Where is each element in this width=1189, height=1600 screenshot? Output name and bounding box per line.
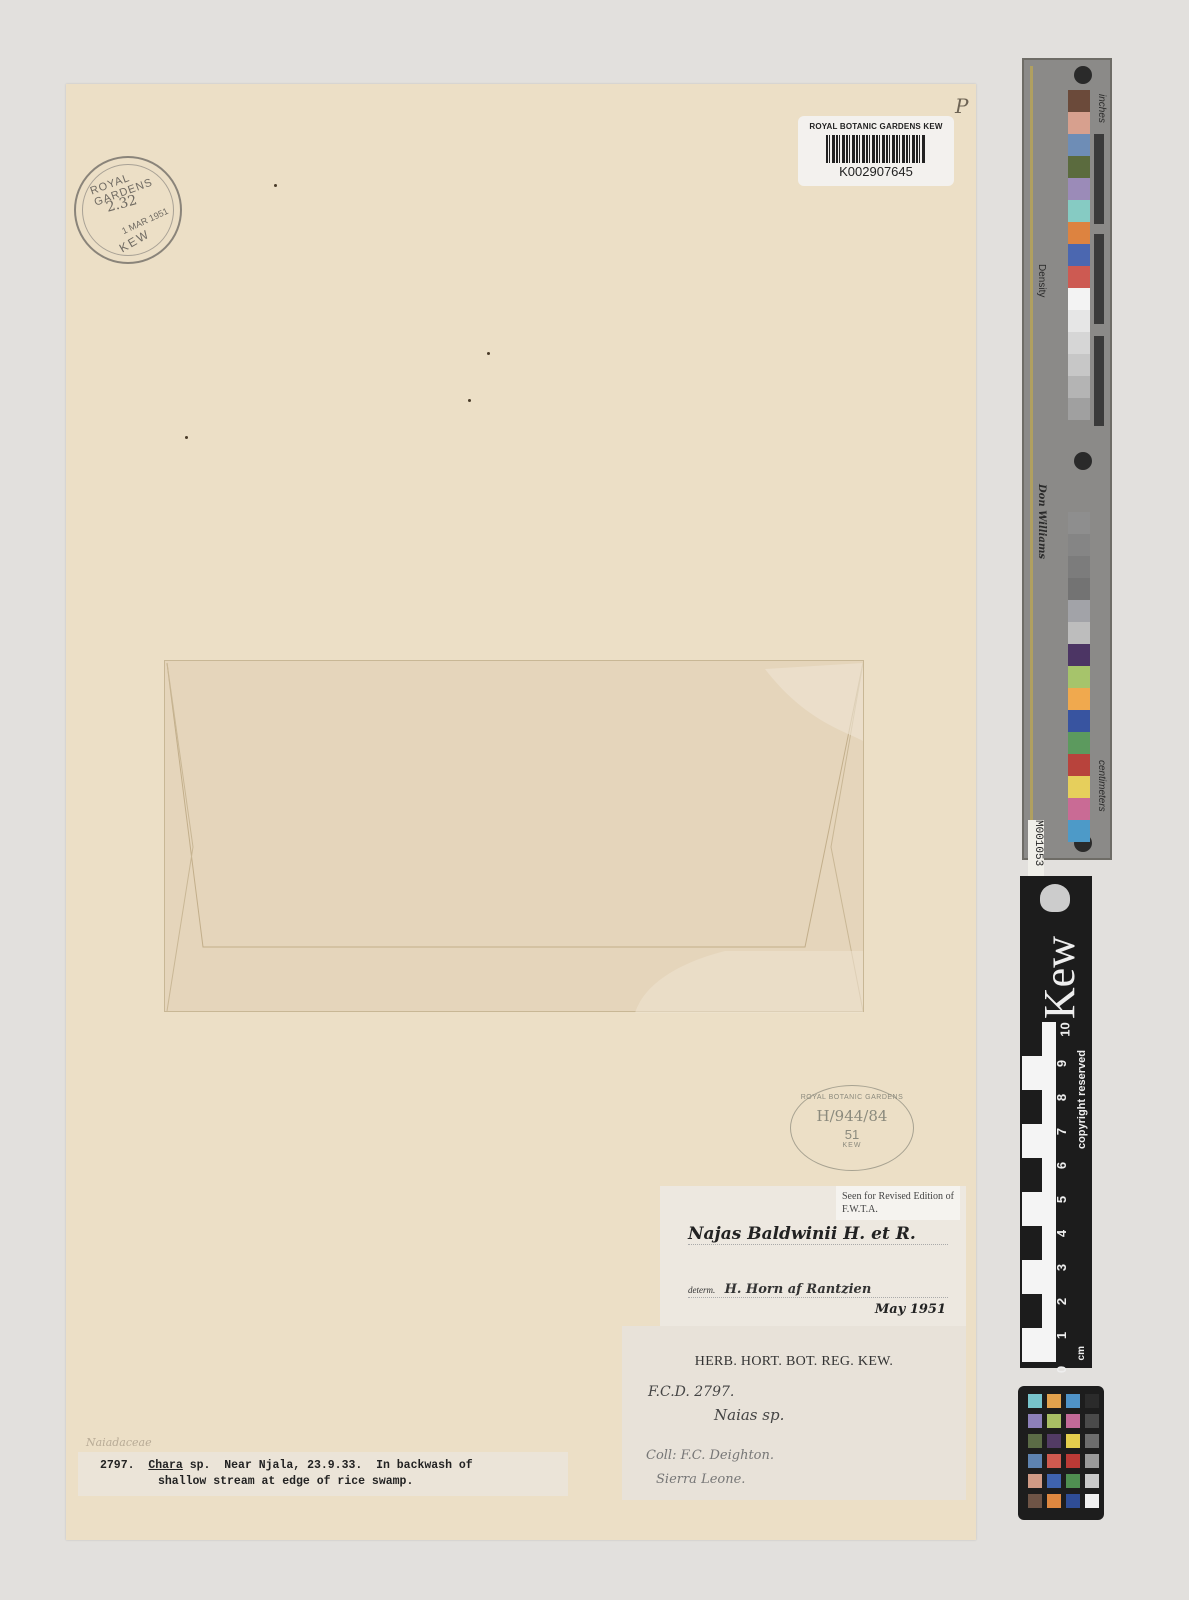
genus: Chara	[148, 1459, 183, 1472]
determiner-line: determ. H. Horn af Rantzien	[688, 1282, 948, 1298]
cm-number: 6	[1054, 1162, 1069, 1169]
collection-label-line-2: shallow stream at edge of rice swamp.	[100, 1474, 568, 1490]
seen-note: Seen for Revised Edition of F.W.T.A.	[836, 1186, 960, 1220]
color-swatch	[1047, 1474, 1061, 1488]
cm-scale-cell	[1022, 1226, 1042, 1260]
accession-stamp: ROYAL BOTANIC GARDENS H/944/84 51 KEW	[790, 1085, 914, 1171]
color-swatch	[1028, 1434, 1042, 1448]
cm-number: 2	[1054, 1298, 1069, 1305]
color-swatch	[1066, 1494, 1080, 1508]
color-patch	[1068, 578, 1090, 600]
color-patch	[1068, 820, 1090, 842]
kew-logo: Kew	[1034, 936, 1085, 1019]
barcode-institution: ROYAL BOTANIC GARDENS KEW	[798, 122, 954, 131]
collection-details: sp. Near Njala, 23.9.33. In backwash of	[183, 1459, 473, 1472]
kew-crest-icon	[1040, 884, 1070, 912]
kew-scale-bar: Kew copyright reserved cm 109876543210	[1020, 876, 1092, 1368]
collection-label: 2797. Chara sp. Near Njala, 23.9.33. In …	[78, 1452, 568, 1496]
color-swatch	[1066, 1414, 1080, 1428]
unit-label: cm	[1076, 1346, 1087, 1360]
speck	[274, 184, 277, 187]
ruler-hole-icon	[1074, 452, 1092, 470]
stamp-text: ROYAL BOTANIC GARDENS	[791, 1094, 913, 1101]
locality: Sierra Leone.	[656, 1472, 745, 1487]
herbarium-title: HERB. HORT. BOT. REG. KEW.	[622, 1354, 966, 1370]
cm-scale-cell	[1022, 1260, 1056, 1294]
barcode-icon	[826, 135, 926, 163]
collection-label-line-1: 2797. Chara sp. Near Njala, 23.9.33. In …	[100, 1458, 568, 1474]
color-swatch	[1066, 1434, 1080, 1448]
ruler-hole-icon	[1074, 66, 1092, 84]
color-swatch	[1047, 1414, 1061, 1428]
ruler-edge-line	[1030, 66, 1033, 852]
color-patch	[1068, 776, 1090, 798]
cm-scale-cell	[1022, 1294, 1042, 1328]
color-patch	[1068, 288, 1090, 310]
speck	[185, 436, 188, 439]
collector: Coll: F.C. Deighton.	[646, 1448, 774, 1463]
color-patch	[1068, 200, 1090, 222]
color-swatch	[1047, 1454, 1061, 1468]
color-swatch	[1028, 1494, 1042, 1508]
color-patch	[1068, 178, 1090, 200]
color-swatch	[1028, 1394, 1042, 1408]
inch-scale-bar	[1094, 234, 1104, 324]
color-patch	[1068, 512, 1090, 534]
cm-number: 9	[1054, 1060, 1069, 1067]
color-swatch	[1028, 1454, 1042, 1468]
inch-scale-bar	[1094, 134, 1104, 224]
color-swatch	[1085, 1494, 1099, 1508]
specimen-packet[interactable]	[164, 660, 864, 1012]
determination-date: May 1951	[875, 1302, 946, 1317]
color-patch	[1068, 666, 1090, 688]
cm-scale-cell	[1022, 1124, 1056, 1158]
specimen-name: Naias sp.	[714, 1406, 784, 1424]
color-swatch	[1066, 1474, 1080, 1488]
taxon-name: Najas Baldwinii H. et R.	[688, 1224, 948, 1245]
barcode-label: ROYAL BOTANIC GARDENS KEW K002907645	[798, 116, 954, 186]
cm-number: 1	[1054, 1332, 1069, 1339]
speck	[487, 352, 490, 355]
color-patch	[1068, 310, 1090, 332]
color-swatch	[1028, 1474, 1042, 1488]
color-swatch	[1085, 1434, 1099, 1448]
accession-number: H/944/84	[791, 1107, 913, 1125]
inches-label: inches	[1096, 94, 1107, 123]
cm-scale	[1022, 1022, 1056, 1362]
color-patch	[1068, 376, 1090, 398]
cm-scale-cell	[1022, 1192, 1056, 1226]
family-annotation: Naiadaceae	[86, 1436, 152, 1449]
color-patch	[1068, 600, 1090, 622]
cm-scale-cell	[1022, 1158, 1042, 1192]
color-patch	[1068, 622, 1090, 644]
determiner-name: H. Horn af Rantzien	[725, 1282, 872, 1297]
color-swatch	[1066, 1394, 1080, 1408]
stamp-place: KEW	[791, 1142, 913, 1149]
cm-number: 3	[1054, 1264, 1069, 1271]
color-patch	[1068, 644, 1090, 666]
color-patch	[1068, 112, 1090, 134]
color-swatch	[1085, 1474, 1099, 1488]
ruler-id: M001053	[1028, 820, 1044, 880]
cm-scale-cell	[1022, 1022, 1042, 1056]
color-patch	[1068, 398, 1090, 420]
receipt-stamp: ROYAL GARDENS 2.32 1 MAR 1951 KEW	[74, 156, 182, 264]
corner-mark: P	[955, 94, 968, 118]
collection-number: F.C.D. 2797.	[648, 1384, 734, 1400]
cm-scale-cell	[1022, 1090, 1042, 1124]
determination-label: Seen for Revised Edition of F.W.T.A. Naj…	[660, 1186, 966, 1326]
color-patch	[1068, 222, 1090, 244]
color-swatch	[1028, 1414, 1042, 1428]
barcode-number: K002907645	[798, 164, 954, 179]
collection-number: 2797.	[100, 1459, 135, 1472]
color-patch	[1068, 90, 1090, 112]
color-patch	[1068, 688, 1090, 710]
color-swatch	[1085, 1414, 1099, 1428]
cm-number: 4	[1054, 1230, 1069, 1237]
color-checker-card	[1018, 1386, 1104, 1520]
ruler-brand: Don Williams	[1036, 484, 1047, 559]
color-swatch	[1047, 1434, 1061, 1448]
determ-label: determ.	[688, 1285, 715, 1295]
color-patch	[1068, 244, 1090, 266]
color-patch	[1068, 332, 1090, 354]
color-patch	[1068, 556, 1090, 578]
packet-fold-lines	[165, 661, 865, 1013]
color-patch	[1068, 710, 1090, 732]
cm-number: 5	[1054, 1196, 1069, 1203]
color-patch	[1068, 534, 1090, 556]
centimeters-label: centimeters	[1096, 760, 1107, 812]
speck	[468, 399, 471, 402]
color-patch	[1068, 354, 1090, 376]
color-ruler: inches centimeters Density Don Williams …	[1022, 58, 1112, 860]
color-patch	[1068, 798, 1090, 820]
cm-number: 0	[1054, 1366, 1069, 1373]
color-swatch	[1085, 1394, 1099, 1408]
color-patch	[1068, 732, 1090, 754]
cm-scale-cell	[1022, 1056, 1056, 1090]
color-patch	[1068, 156, 1090, 178]
color-swatch	[1066, 1454, 1080, 1468]
inch-scale-bar	[1094, 336, 1104, 426]
accession-sub-number: 51	[791, 1127, 913, 1142]
color-patch	[1068, 266, 1090, 288]
color-patch	[1068, 134, 1090, 156]
color-patch	[1068, 754, 1090, 776]
cm-number: 10	[1058, 1022, 1073, 1036]
color-swatch	[1085, 1454, 1099, 1468]
color-swatch	[1047, 1494, 1061, 1508]
cm-scale-cell	[1022, 1328, 1056, 1362]
color-swatch	[1047, 1394, 1061, 1408]
cm-number: 8	[1054, 1094, 1069, 1101]
cm-number: 7	[1054, 1128, 1069, 1135]
copyright-text: copyright reserved	[1076, 1050, 1088, 1149]
density-label: Density	[1036, 264, 1047, 297]
herbarium-label: HERB. HORT. BOT. REG. KEW. F.C.D. 2797. …	[622, 1326, 966, 1500]
